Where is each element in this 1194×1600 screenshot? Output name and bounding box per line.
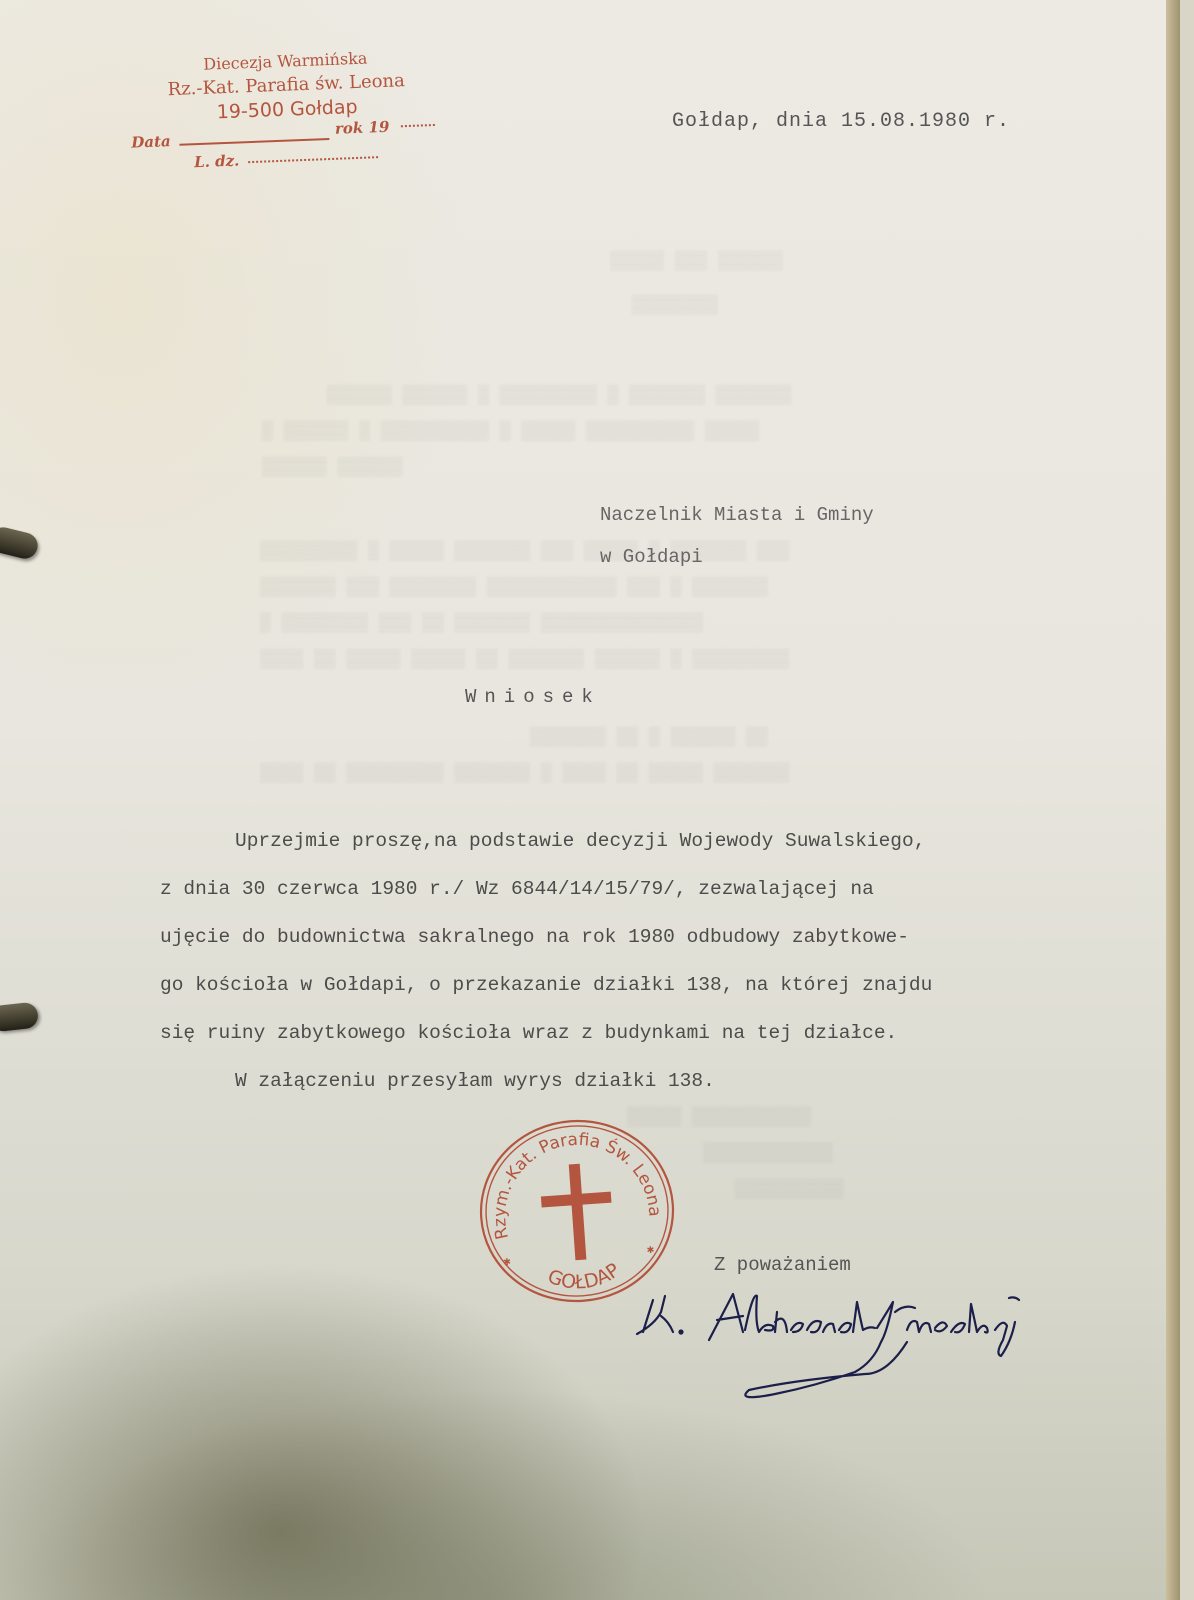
handwritten-signature: Ks. Aleksander Smędzik <box>625 1282 1125 1412</box>
binder-ring-icon <box>0 525 40 562</box>
seal-bottom-text: GOŁDAP <box>543 1258 625 1296</box>
data-label: Data <box>131 132 171 151</box>
addressee-line-2: w Gołdapi <box>600 536 874 578</box>
rok-label: rok 19 <box>335 118 390 138</box>
attachment-line: W załączeniu przesyłam wyrys działki 138… <box>160 1057 932 1105</box>
body-line: z dnia 30 czerwca 1980 r./ Wz 6844/14/15… <box>160 865 932 913</box>
bleed-through-text: ▒▒▒▒▒▒▒ ▒▒ ▒ ▒▒▒▒▒▒ ▒▒▒▒▒▒ ▒▒ ▒▒▒▒▒▒▒▒▒ … <box>260 720 789 792</box>
ldz-dotted-line <box>248 156 378 163</box>
ldz-label: L. dz. <box>194 152 240 172</box>
body-line: go kościoła w Gołdapi, o przekazanie dzi… <box>160 961 932 1009</box>
parish-letterhead-stamp: Diecezja Warmińska Rz.-Kat. Parafia św. … <box>120 43 454 154</box>
svg-text:✱: ✱ <box>503 1255 511 1269</box>
svg-text:✱: ✱ <box>646 1243 654 1257</box>
body-line: się ruiny zabytkowego kościoła wraz z bu… <box>160 1009 932 1057</box>
letter-body: Uprzejmie proszę,na podstawie decyzji Wo… <box>160 817 932 1105</box>
binder-ring-icon <box>0 1002 39 1033</box>
document-page: ▒▒▒▒▒ ▒▒▒ ▒▒▒▒▒▒ ▒▒▒▒▒▒▒▒ ▒▒▒▒▒▒ ▒▒▒▒▒▒ … <box>0 0 1180 1600</box>
data-underline <box>179 138 329 146</box>
closing-salutation: Z poważaniem <box>714 1254 851 1276</box>
cross-icon <box>539 1162 616 1263</box>
body-line: Uprzejmie proszę,na podstawie decyzji Wo… <box>160 817 932 865</box>
addressee-line-1: Naczelnik Miasta i Gminy <box>600 494 874 536</box>
document-title: Wniosek <box>465 686 601 708</box>
parish-round-seal: Rzym.-Kat. Parafia Św. Leona GOŁDAP ✱ ✱ <box>478 1118 676 1304</box>
bleed-through-text: ▒▒▒▒▒ ▒▒▒ ▒▒▒▒▒▒ ▒▒▒▒▒▒▒▒ <box>610 240 783 328</box>
bleed-through-text: ▒▒▒▒▒▒ ▒▒▒▒▒▒ ▒ ▒▒▒▒▒▒▒▒▒ ▒ ▒▒▒▒▒▒▒ ▒▒▒▒… <box>262 378 791 486</box>
page-edge <box>1166 0 1180 1600</box>
place-date-line: Gołdap, dnia 15.08.1980 r. <box>672 110 1010 133</box>
body-line: ujęcie do budownictwa sakralnego na rok … <box>160 913 932 961</box>
rok-dotted-line <box>401 124 435 127</box>
addressee: Naczelnik Miasta i Gminy w Gołdapi <box>600 494 874 578</box>
